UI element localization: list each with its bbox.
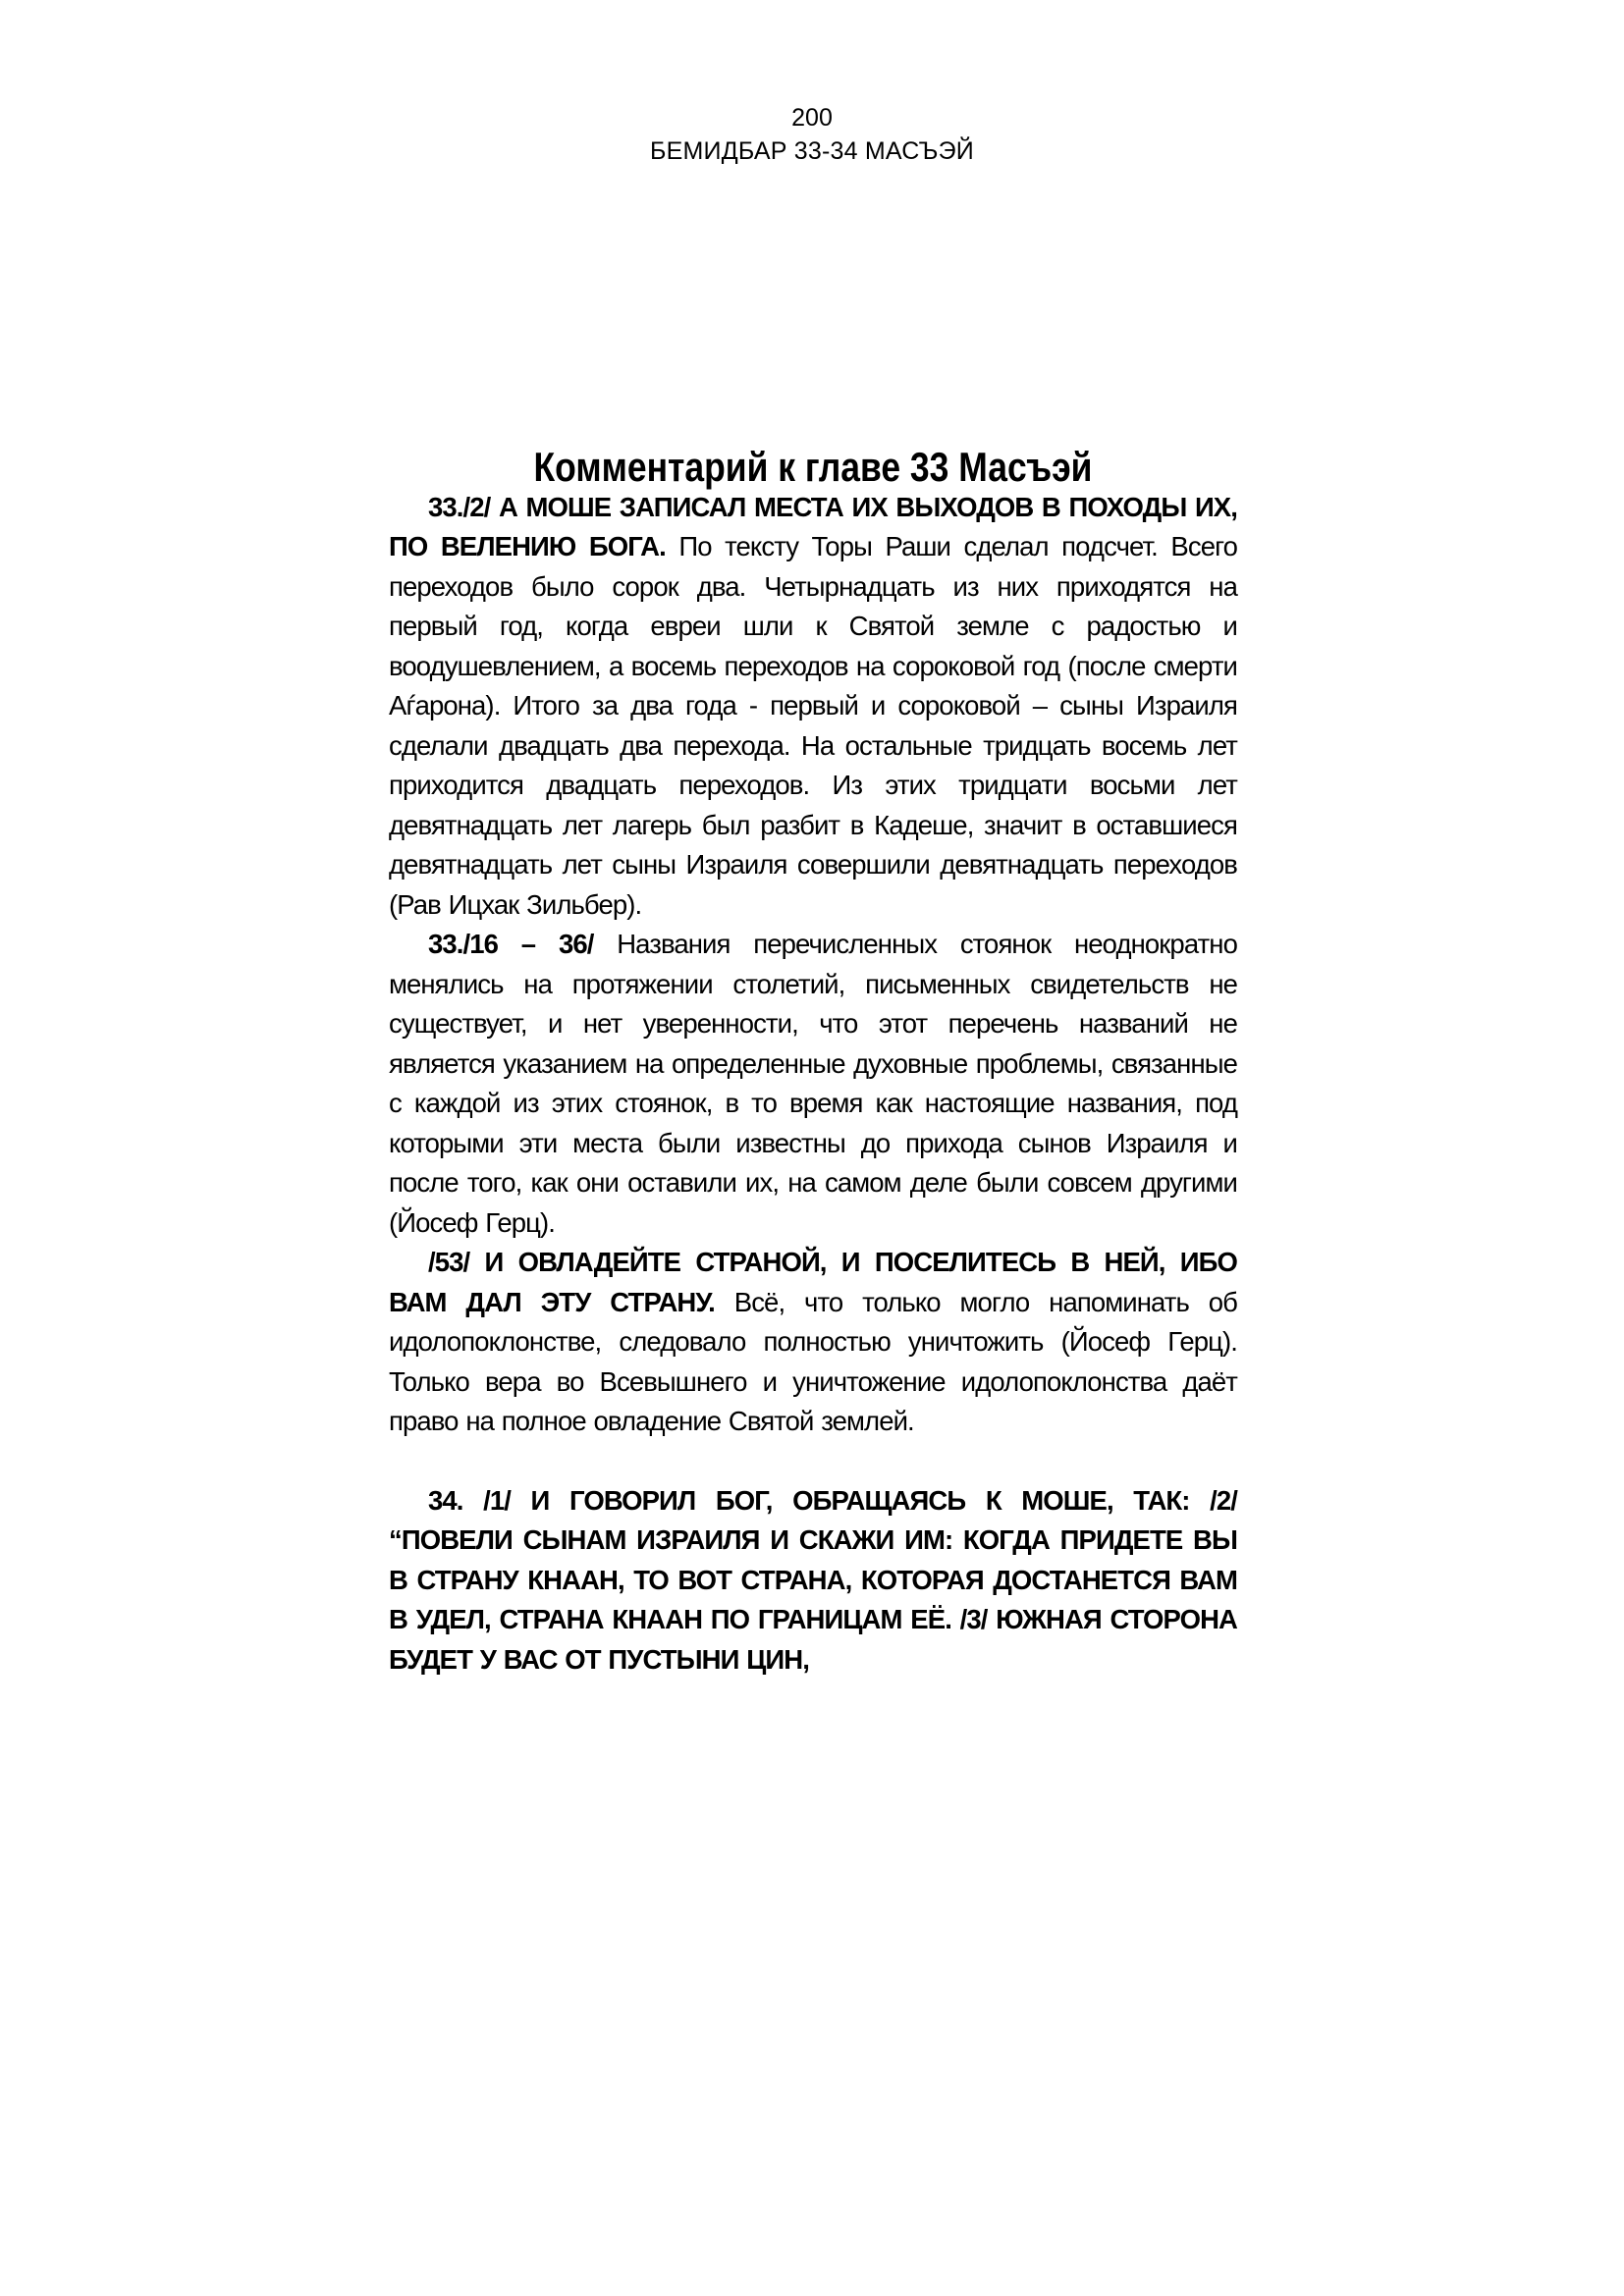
section-title: Комментарий к главе 33 Масъэй <box>448 448 1177 488</box>
commentary-paragraph-33-2: 33./2/ А МОШЕ ЗАПИСАЛ МЕСТА ИХ ВЫХОДОВ В… <box>389 488 1237 926</box>
verse-citation: 33./16 – 36/ <box>428 929 593 959</box>
commentary-paragraph-33-16-36: 33./16 – 36/ Названия перечисленных стоя… <box>389 925 1237 1243</box>
page-body: Комментарий к главе 33 Масъэй 33./2/ А М… <box>389 448 1237 1680</box>
commentary-text: По тексту Торы Раши сделал подсчет. Всег… <box>389 531 1237 920</box>
verse-paragraph-34: 34. /1/ И ГОВОРИЛ БОГ, ОБРАЩАЯСЬ К МОШЕ,… <box>389 1481 1237 1681</box>
running-title: БЕМИДБАР 33-34 МАСЪЭЙ <box>0 134 1624 168</box>
commentary-paragraph-53: /53/ И ОВЛАДЕЙТЕ СТРАНОЙ, И ПОСЕЛИТЕСЬ В… <box>389 1243 1237 1442</box>
commentary-text: Названия перечисленных стоянок неоднокра… <box>389 929 1237 1238</box>
verse-text: 34. /1/ И ГОВОРИЛ БОГ, ОБРАЩАЯСЬ К МОШЕ,… <box>389 1485 1237 1675</box>
page-number: 200 <box>0 101 1624 134</box>
